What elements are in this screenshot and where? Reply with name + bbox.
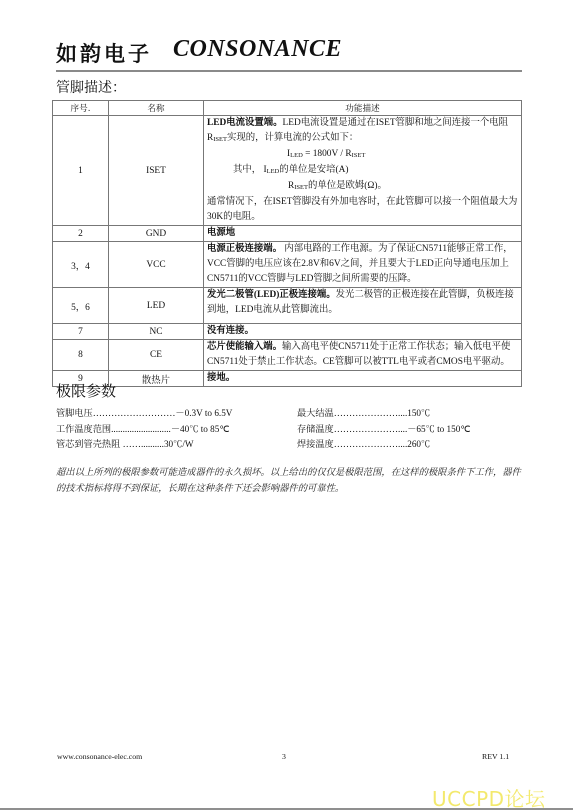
- pin-function-heading: 芯片使能输入端。: [207, 342, 282, 352]
- brand-chinese-name: 如韵电子: [56, 38, 152, 68]
- pin-number: 3，4: [53, 242, 109, 288]
- header-divider: [56, 70, 522, 72]
- pin-name: ISET: [109, 116, 204, 226]
- pin-number: 7: [53, 324, 109, 340]
- column-header-description: 功能描述: [204, 101, 522, 116]
- page-bottom-border: [0, 808, 573, 810]
- column-header-name: 名称: [109, 101, 204, 116]
- footer-page-number: 3: [282, 752, 286, 761]
- pin-description: 接地。: [204, 371, 522, 387]
- resistor-subscript: ISET: [213, 136, 227, 143]
- table-row-heatsink: 9 散热片 接地。: [53, 371, 522, 387]
- rating-thermal-resistance: 管芯到管壳热阻 ……..........30℃/W: [56, 437, 286, 453]
- rating-max-junction-temp: 最大结温…………………....150℃: [297, 406, 527, 422]
- pin-name: VCC: [109, 242, 204, 288]
- pin-name: 散热片: [109, 371, 204, 387]
- ratings-left-column: 管脚电压………………………－0.3V to 6.5V 工作温度范围.......…: [56, 406, 286, 453]
- current-formula: ILED = 1800V / RISET: [207, 147, 518, 163]
- ratings-warning-note: 超出以上所列的极限参数可能造成器件的永久损坏。以上给出的仅仅是极限范围，在这样的…: [56, 465, 526, 497]
- table-row-ce: 8 CE 芯片使能输入端。输入高电平使CN5711处于正常工作状态；输入低电平使…: [53, 340, 522, 371]
- unit-text: 的单位是欧姆(Ω)。: [308, 181, 387, 191]
- pin-name: GND: [109, 226, 204, 242]
- pin-function-heading: LED电流设置端。: [207, 118, 283, 128]
- pin-function-heading: 电源正极连接端。: [207, 244, 282, 254]
- table-row-iset: 1 ISET LED电流设置端。LED电流设置是通过在ISET管脚和地之间连接一…: [53, 116, 522, 226]
- unit-text: 的单位是安培(A): [279, 165, 348, 175]
- ratings-right-column: 最大结温…………………....150℃ 存储温度…………………....－65℃ …: [297, 406, 527, 453]
- table-row-led: 5，6 LED 发光二极管(LED)正极连接端。发光二极管的正极连接在此管脚，负…: [53, 288, 522, 324]
- pin-description: 电源正极连接端。 内部电路的工作电源。为了保证CN5711能够正常工作，VCC管…: [204, 242, 522, 288]
- unit-prefix: 其中， I: [233, 165, 267, 175]
- page-header: 如韵电子 CONSONANCE: [56, 36, 522, 70]
- formula-resistor-subscript: ISET: [352, 152, 366, 159]
- formula-current-subscript: LED: [290, 152, 303, 159]
- pin-function-heading: 接地。: [207, 373, 235, 383]
- pin-description: 发光二极管(LED)正极连接端。发光二极管的正极连接在此管脚，负极连接到地，LE…: [204, 288, 522, 324]
- pin-description: 没有连接。: [204, 324, 522, 340]
- brand-logo-text: CONSONANCE: [173, 36, 342, 63]
- rating-storage-temp: 存储温度…………………....－65℃ to 150℃: [297, 422, 527, 438]
- pin-usage-note: 通常情况下，在ISET管脚没有外加电容时，在此管脚可以接一个阻值最大为30K的电…: [207, 197, 517, 222]
- table-row-nc: 7 NC 没有连接。: [53, 324, 522, 340]
- unit-note-current: 其中， ILED的单位是安培(A): [207, 163, 518, 179]
- pin-description-table: 序号. 名称 功能描述 1 ISET LED电流设置端。LED电流设置是通过在I…: [52, 100, 522, 387]
- rating-pin-voltage: 管脚电压………………………－0.3V to 6.5V: [56, 406, 286, 422]
- pin-function-heading: 没有连接。: [207, 326, 254, 336]
- pin-number: 1: [53, 116, 109, 226]
- unit-note-resistance: RISET的单位是欧姆(Ω)。: [207, 179, 518, 195]
- forum-watermark: UCCPD论坛: [432, 783, 546, 811]
- pin-function-heading: 电源地: [207, 228, 235, 238]
- pin-description-text: LED电流设置是通过在ISET管脚和地之间连接一个电阻: [283, 118, 509, 128]
- pin-number: 2: [53, 226, 109, 242]
- pin-description: 芯片使能输入端。输入高电平使CN5711处于正常工作状态；输入低电平使CN571…: [204, 340, 522, 371]
- table-header-row: 序号. 名称 功能描述: [53, 101, 522, 116]
- rating-soldering-temp: 焊接温度…………………....260℃: [297, 437, 527, 453]
- footer-website-link[interactable]: www.consonance-elec.com: [57, 752, 142, 761]
- pin-name: NC: [109, 324, 204, 340]
- pin-name: LED: [109, 288, 204, 324]
- unit-subscript: ISET: [294, 184, 308, 191]
- pin-description: LED电流设置端。LED电流设置是通过在ISET管脚和地之间连接一个电阻 RIS…: [204, 116, 522, 226]
- pin-description-title: 管脚描述：: [56, 77, 126, 97]
- pin-description-text: 实现的，计算电流的公式如下：: [227, 133, 358, 143]
- pin-function-heading: 发光二极管(LED)正极连接端。: [207, 290, 336, 300]
- unit-subscript: LED: [267, 168, 280, 175]
- pin-number: 8: [53, 340, 109, 371]
- pin-description: 电源地: [204, 226, 522, 242]
- rating-operating-temp: 工作温度范围..........................－40℃ to …: [56, 422, 286, 438]
- footer-revision: REV 1.1: [482, 752, 509, 761]
- column-header-number: 序号.: [53, 101, 109, 116]
- table-row-gnd: 2 GND 电源地: [53, 226, 522, 242]
- formula-body: = 1800V / R: [303, 149, 352, 159]
- pin-number: 5，6: [53, 288, 109, 324]
- table-row-vcc: 3，4 VCC 电源正极连接端。 内部电路的工作电源。为了保证CN5711能够正…: [53, 242, 522, 288]
- pin-name: CE: [109, 340, 204, 371]
- absolute-max-ratings-title: 极限参数: [56, 380, 116, 401]
